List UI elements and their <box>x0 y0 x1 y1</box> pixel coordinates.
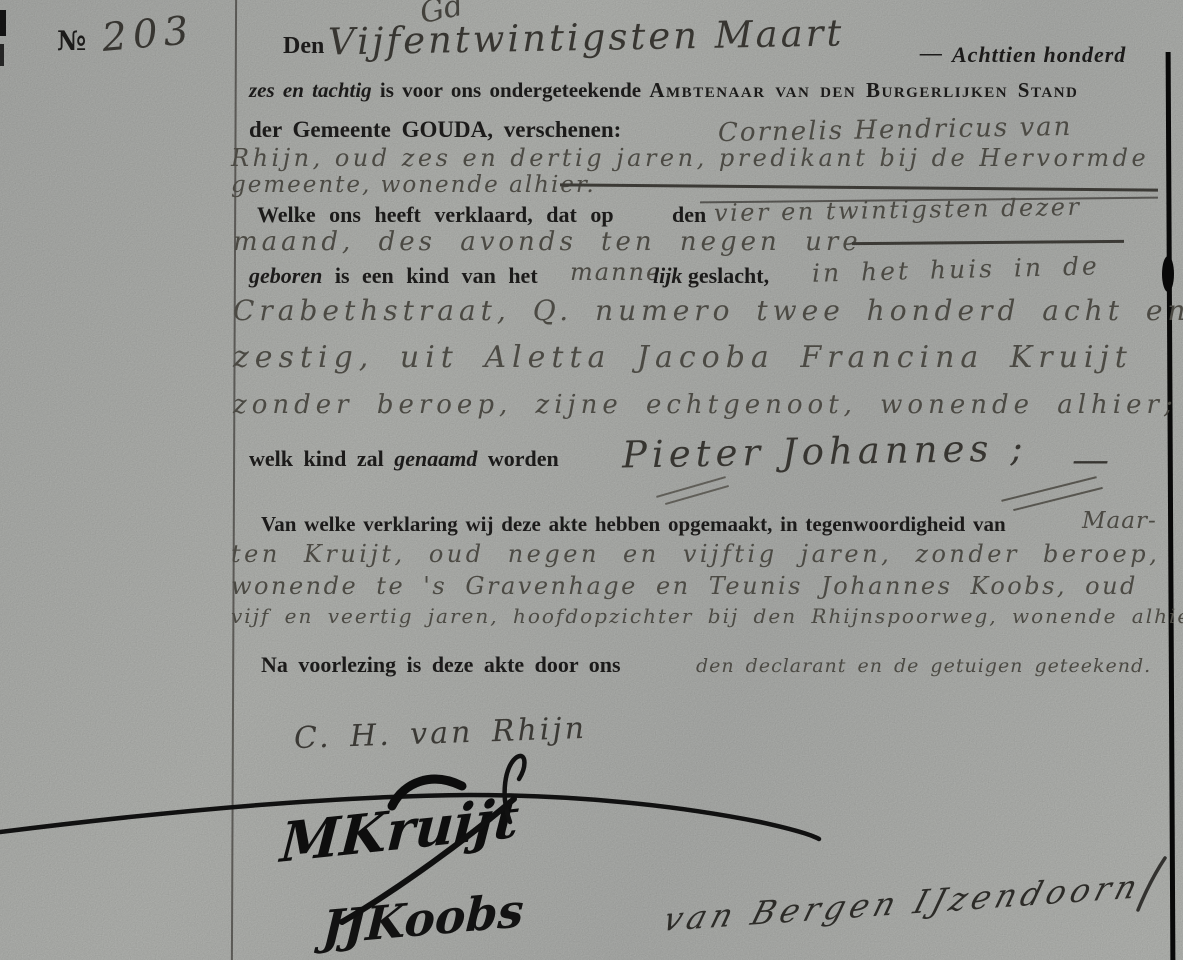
scan-edge-mark <box>0 10 6 36</box>
hw-declarant-name-3: gemeente, wonende alhier. <box>231 172 596 198</box>
printed-den-2: den <box>672 202 706 228</box>
printed-naming-line: welk kind zal genaamd worden <box>249 446 559 472</box>
printed-geboren: geboren <box>249 263 322 288</box>
printed-worden: worden <box>488 446 559 471</box>
printed-kind-van-het: is een kind van het <box>335 263 538 288</box>
page-edge-line <box>1166 52 1176 960</box>
underline-flourish <box>1001 476 1097 502</box>
birth-certificate-scan: № 203 Den Gd Vijfentwintigsten Maart — A… <box>0 0 1183 960</box>
printed-dash: — <box>920 40 942 66</box>
filler-rule <box>560 183 1158 191</box>
hw-witness-2a: wonende te 's Gravenhage en Teunis Johan… <box>231 572 1138 600</box>
printed-before-official: is voor ons ondergeteekende <box>380 78 641 102</box>
printed-year-words: zes en tachtig <box>249 78 372 102</box>
hw-closing: den declarant en de getuigen geteekend. <box>696 655 1151 677</box>
hw-declarant-name-2: Rhijn, oud zes en dertig jaren, predikan… <box>231 144 1149 172</box>
filler-dash <box>852 240 1124 245</box>
printed-gemeente-gouda: der Gemeente GOUDA, verschenen: <box>249 117 621 143</box>
printed-witness-intro: Van welke verklaring wij deze akte hebbe… <box>261 512 1006 537</box>
hw-witness-1a: Maar- <box>1082 508 1157 534</box>
signature-declarant: C. H. van Rhijn <box>293 711 587 756</box>
act-number-sign: № <box>57 26 86 57</box>
printed-lijk: lijk <box>653 263 682 288</box>
hw-gender: manne <box>570 258 662 286</box>
hw-name-dash: — <box>1072 438 1109 481</box>
hw-house-2: Crabethstraat, Q. numero twee honderd ac… <box>233 294 1183 327</box>
signature-witness1: MKruijt <box>278 785 521 875</box>
scan-edge-mark <box>0 44 4 66</box>
underline-flourish <box>665 485 729 505</box>
hw-child-name: Pieter Johannes ; <box>622 426 1028 476</box>
hw-birth-date-1: vier en twintigsten dezer <box>714 193 1082 227</box>
printed-official-title: Ambtenaar van den Burgerlijken Stand <box>649 78 1078 102</box>
printed-den: Den <box>283 33 324 60</box>
hw-mother-1: zestig, uit Aletta Jacoba Francina Kruij… <box>233 340 1133 375</box>
hw-date-of-act: Vijfentwintigsten Maart <box>328 11 845 63</box>
printed-genaamd: genaamd <box>394 446 477 471</box>
hw-house-1: in het huis in de <box>812 251 1100 288</box>
printed-closing: Na voorlezing is deze akte door ons <box>261 652 621 678</box>
hw-birth-date-2: maand, des avonds ten negen ure <box>233 227 862 257</box>
hw-witness-1b: ten Kruijt, oud negen en vijftig jaren, … <box>231 540 1160 568</box>
signature-official: van Bergen IJzendoorn <box>659 867 1147 939</box>
act-number: 203 <box>100 8 196 61</box>
hw-mother-2: zonder beroep, zijne echtgenoot, wonende… <box>233 390 1178 420</box>
hw-declarant-name-1: Cornelis Hendricus van <box>718 112 1073 148</box>
hw-witness-2b: vijf en veertig jaren, hoofdopzichter bi… <box>231 604 1183 628</box>
printed-geboren-line: geboren is een kind van het <box>249 263 538 289</box>
printed-geslacht: lijk geslacht, <box>653 263 769 289</box>
printed-welk-kind: welk kind zal <box>249 446 384 471</box>
printed-geslacht-word: geslacht, <box>688 263 769 288</box>
printed-line-year-official: zes en tachtig is voor ons ondergeteeken… <box>249 78 1078 103</box>
printed-year: Achttien honderd <box>952 42 1126 68</box>
page-edge-blot <box>1162 256 1174 292</box>
signature-witness2: JJKoobs <box>321 883 525 955</box>
printed-welke-ons: Welke ons heeft verklaard, dat op <box>257 202 614 228</box>
